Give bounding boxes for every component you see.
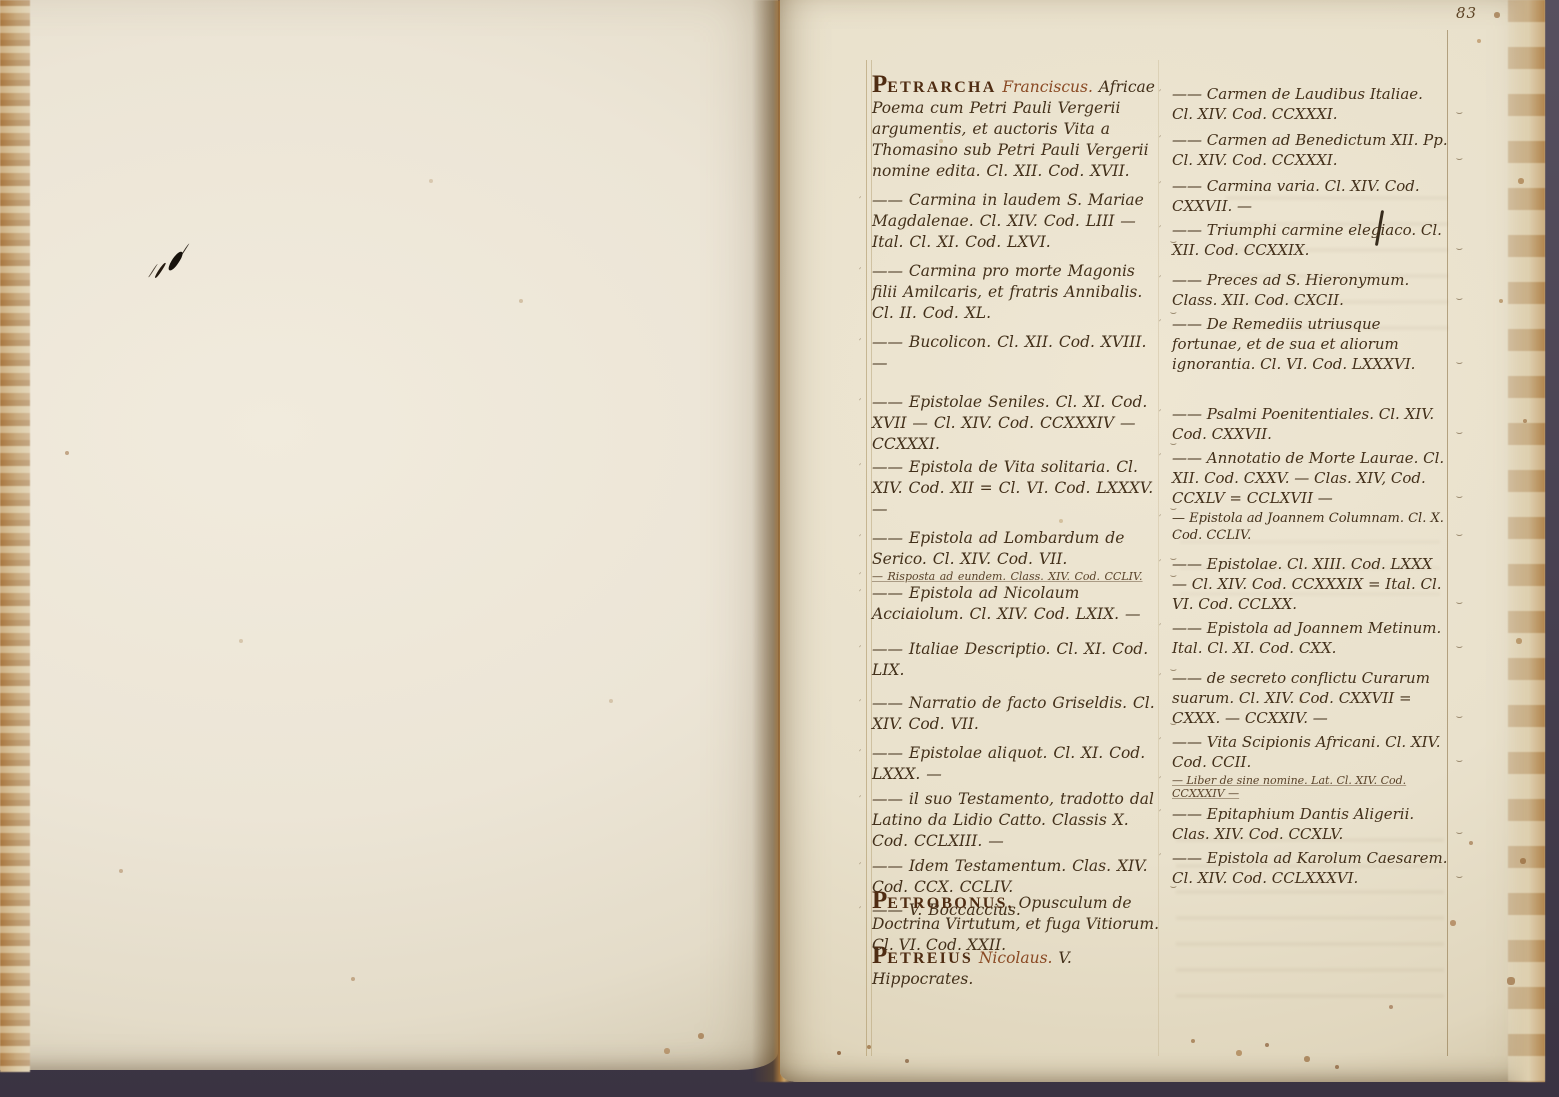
catalog-entry: —— Carmen ad Benedictum XII. Pp. Cl. XIV…: [1172, 130, 1448, 170]
catalog-entry: —— Epistola ad Joannem Metinum. Ital. Cl…: [1172, 618, 1448, 658]
catalog-entry: —— Epistola ad Nicolaum Acciaiolum. Cl. …: [872, 583, 1162, 625]
page-number: 83: [1456, 4, 1477, 22]
headword-name: Franciscus.: [996, 78, 1092, 96]
catalog-column-right: —— Carmen de Laudibus Italiae. Cl. XIV. …: [1172, 84, 1448, 888]
catalog-entry: —— Epistola ad Karolum Caesarem. Cl. XIV…: [1172, 848, 1448, 888]
stain-specks-left: [0, 0, 2, 2]
catalog-entry: —— Bucolicon. Cl. XII. Cod. XVIII. —: [872, 332, 1162, 374]
catalog-entry: —— Narratio de facto Griseldis. Cl. XIV.…: [872, 693, 1162, 735]
catalog-entry: —— Psalmi Poenitentiales. Cl. XIV. Cod. …: [1172, 404, 1448, 444]
catalog-entry: —— Carmina pro morte Magonis filii Amilc…: [872, 261, 1162, 324]
catalog-entry-heading: PETRARCHA Franciscus. Africae Poema cum …: [872, 74, 1162, 182]
catalog-entry: —— Epistola ad Lombardum de Serico. Cl. …: [872, 528, 1162, 570]
right-page: 83 PETRARCHA Franciscus. Africae Poema c…: [780, 0, 1545, 1082]
catalog-entry: —— Triumphi carmine elegiaco. Cl. XII. C…: [1172, 220, 1448, 260]
left-page: [0, 0, 778, 1070]
catalog-column-left-bottom: PETROBONUS. Opusculum de Doctrina Virtut…: [872, 890, 1162, 956]
stain-specks-right: [780, 0, 782, 2]
catalog-entry: —— Epistolae aliquot. Cl. XI. Cod. LXXX.…: [872, 743, 1162, 785]
catalog-entry: — Liber de sine nomine. Lat. Cl. XIV. Co…: [1172, 774, 1448, 800]
catalog-entry: —— Epistolae. Cl. XIII. Cod. LXXX — Cl. …: [1172, 554, 1448, 614]
manuscript-photo: 83 PETRARCHA Franciscus. Africae Poema c…: [0, 0, 1559, 1097]
catalog-entry: —— Annotatio de Morte Laurae. Cl. XII. C…: [1172, 448, 1448, 508]
catalog-entry: —— Vita Scipionis Africani. Cl. XIV. Cod…: [1172, 732, 1448, 772]
book-edge-left: [0, 0, 30, 1072]
catalog-entry: —— Italiae Descriptio. Cl. XI. Cod. LIX.: [872, 639, 1162, 681]
margin-rule-left: [866, 60, 867, 1056]
catalog-column-left: PETRARCHA Franciscus. Africae Poema cum …: [872, 74, 1162, 990]
catalog-entry: —— Carmina in laudem S. Mariae Magdalena…: [872, 190, 1162, 253]
catalog-entry: —— il suo Testamento, tradotto dal Latin…: [872, 789, 1162, 852]
headword: PETROBONUS.: [872, 895, 1014, 912]
headword: PETRARCHA: [872, 79, 996, 96]
catalog-entry: —— Epistolae Seniles. Cl. XI. Cod. XVII …: [872, 392, 1162, 455]
catalog-entry: —— Epistola de Vita solitaria. Cl. XIV. …: [872, 457, 1162, 520]
catalog-entry: —— Epitaphium Dantis Aligerii. Clas. XIV…: [1172, 804, 1448, 844]
catalog-entry: — Risposta ad eundem. Class. XIV. Cod. C…: [872, 570, 1162, 583]
catalog-entry: —— Preces ad S. Hieronymum. Class. XII. …: [1172, 270, 1448, 310]
book-edge-right: [1508, 0, 1545, 1082]
catalog-entry-heading: PETROBONUS. Opusculum de Doctrina Virtut…: [872, 890, 1162, 956]
catalog-entry: —— Carmina varia. Cl. XIV. Cod. CXXVII. …: [1172, 176, 1448, 216]
catalog-entry: —— de secreto conflictu Curarum suarum. …: [1172, 668, 1448, 728]
catalog-entry: — Epistola ad Joannem Columnam. Cl. X. C…: [1172, 510, 1448, 544]
catalog-entry: —— Carmen de Laudibus Italiae. Cl. XIV. …: [1172, 84, 1448, 124]
catalog-entry: —— De Remediis utriusque fortunae, et de…: [1172, 314, 1448, 374]
